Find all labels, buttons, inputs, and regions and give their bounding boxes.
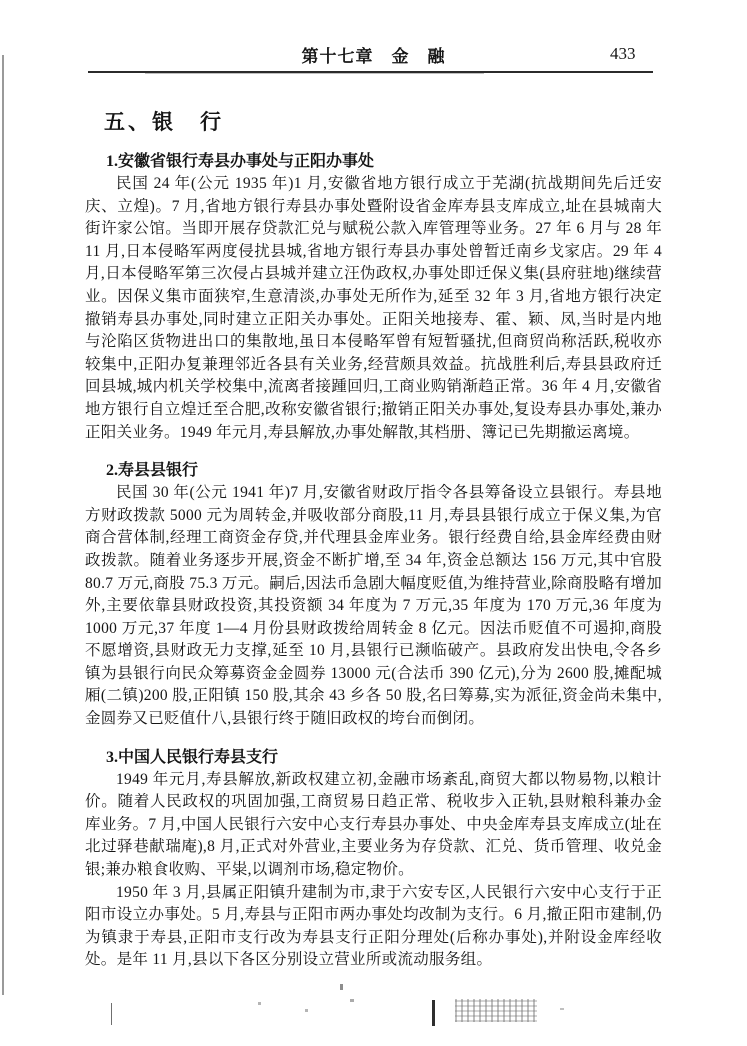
page-content: 1.安徽省银行寿县办事处与正阳办事处 民国 24 年(公元 1935 年)1 月… [85, 150, 662, 972]
page-title: 五、银 行 [104, 106, 224, 136]
paragraph: 1949 年元月,寿县解放,新政权建立初,金融市场紊乱,商贸大都以物易物,以粮计… [85, 769, 662, 882]
document-page: 第十七章 金 融 433 五、银 行 1.安徽省银行寿县办事处与正阳办事处 民国… [0, 0, 747, 1046]
page-number: 433 [610, 44, 636, 64]
scan-edge-line [2, 55, 4, 995]
paragraph: 1950 年 3 月,县属正阳镇升建制为市,隶于六安专区,人民银行六安中心支行于… [85, 882, 662, 972]
header-rule [88, 71, 653, 73]
paragraph: 民国 24 年(公元 1935 年)1 月,安徽省地方银行成立于芜湖(抗战期间先… [85, 173, 662, 444]
paragraph: 民国 30 年(公元 1941 年)7 月,安徽省财政厅指令各县筹备设立县银行。… [85, 482, 662, 731]
scan-artifact [258, 1002, 261, 1005]
section-heading-2: 2.寿县县银行 [85, 459, 662, 482]
scan-artifact [305, 1009, 308, 1012]
scan-artifact [340, 984, 343, 990]
scan-artifact [432, 1000, 435, 1026]
scan-artifact [560, 1008, 564, 1010]
scan-artifact [350, 999, 354, 1002]
section-heading-1: 1.安徽省银行寿县办事处与正阳办事处 [85, 150, 662, 173]
scan-artifact [455, 999, 537, 1022]
section-heading-3: 3.中国人民银行寿县支行 [85, 746, 662, 769]
scan-artifact [111, 1003, 112, 1025]
